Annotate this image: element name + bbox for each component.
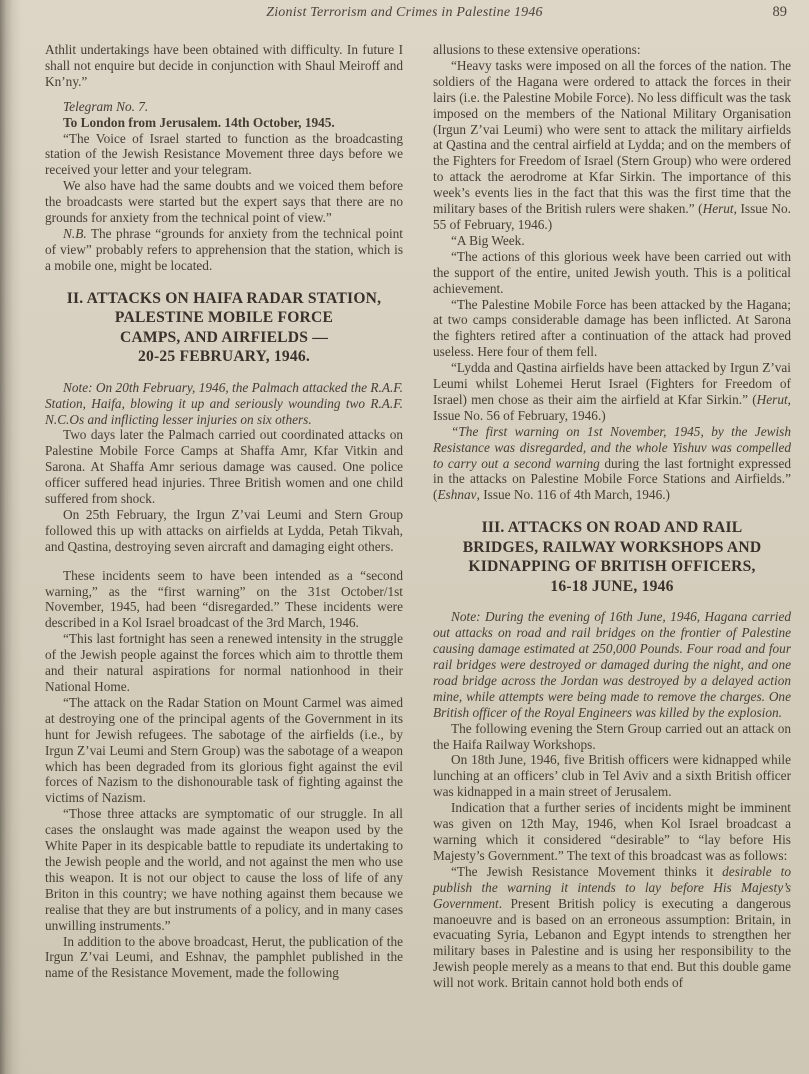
paragraph: “The Voice of Israel started to function… (45, 131, 403, 179)
paragraph: “The Jewish Resistance Movement thinks i… (433, 864, 791, 991)
telegram-heading: To London from Jerusalem. 14th October, … (45, 115, 403, 131)
paragraph: “The Palestine Mobile Force has been att… (433, 297, 791, 361)
paragraph: These incidents seem to have been intend… (45, 568, 403, 632)
paragraph: “The actions of this glorious week have … (433, 249, 791, 297)
running-title: Zionist Terrorism and Crimes in Palestin… (0, 5, 809, 21)
paragraph: “Heavy tasks were imposed on all the for… (433, 58, 791, 233)
paragraph: Indication that a further series of inci… (433, 800, 791, 864)
paragraph: In addition to the above broadcast, Heru… (45, 934, 403, 982)
note-paragraph: Note: During the evening of 16th June, 1… (433, 609, 791, 720)
paragraph: “The attack on the Radar Station on Moun… (45, 695, 403, 806)
paragraph: “Those three attacks are symptomatic of … (45, 806, 403, 933)
paragraph-continuation: Athlit undertakings have been obtained w… (45, 42, 403, 90)
paragraph: On 25th February, the Irgun Z’vai Leumi … (45, 507, 403, 555)
paragraph: The following evening the Stern Group ca… (433, 721, 791, 753)
paragraph: N.B. The phrase “grounds for anxiety fro… (45, 226, 403, 274)
paragraph: “A Big Week. (433, 233, 791, 249)
note-paragraph: Note: On 20th February, 1946, the Palmac… (45, 380, 403, 428)
page-number: 89 (773, 4, 788, 21)
paragraph: On 18th June, 1946, five British officer… (433, 752, 791, 800)
left-column: Athlit undertakings have been obtained w… (45, 42, 403, 991)
running-header: Zionist Terrorism and Crimes in Palestin… (0, 0, 809, 31)
paragraph: “Lydda and Qastina airfields have been a… (433, 360, 791, 424)
section-heading-2: II. ATTACKS ON HAIFA RADAR STATION,PALES… (47, 289, 401, 367)
book-page: Zionist Terrorism and Crimes in Palestin… (0, 0, 809, 991)
paragraph-continuation: allusions to these extensive operations: (433, 42, 791, 58)
paragraph: We also have had the same doubts and we … (45, 178, 403, 226)
right-column: allusions to these extensive operations:… (433, 42, 791, 991)
telegram-caption: Telegram No. 7. (45, 99, 403, 115)
paragraph: “The first warning on 1st November, 1945… (433, 424, 791, 504)
paragraph: Two days later the Palmach carried out c… (45, 427, 403, 507)
text-columns: Athlit undertakings have been obtained w… (0, 31, 809, 991)
paragraph: “This last fortnight has seen a renewed … (45, 631, 403, 695)
section-heading-3: III. ATTACKS ON ROAD AND RAILBRIDGES, RA… (435, 518, 789, 596)
